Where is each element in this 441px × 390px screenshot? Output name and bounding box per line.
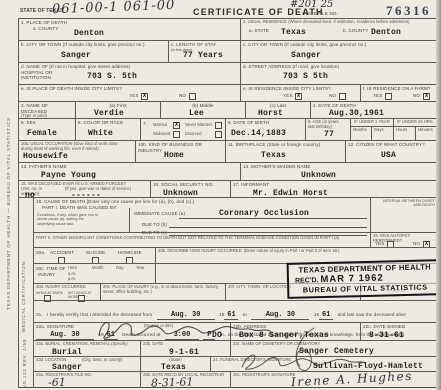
attended-to-year: 61 [319, 311, 333, 320]
physician-signature-scrawl [96, 315, 281, 341]
cell-residence-city: c. CITY OR TOWN (If outside city limits,… [240, 40, 437, 62]
street-address-label: d. STREET ADDRESS (If rural, give locati… [243, 64, 435, 70]
cell-disposition-date: 23b. DATE 9-1-61 [140, 340, 230, 356]
cell-usual-residence: 2. USUAL RESIDENCE (Where deceased lived… [240, 18, 437, 40]
residence-city-value: Sanger [291, 51, 321, 60]
sex-value: Female [27, 129, 57, 138]
business-value: Home [164, 151, 184, 160]
cell-days: Days [371, 126, 393, 140]
stamp-recd-label: REC'D. [295, 277, 319, 285]
location-sublabel: (City, town, or county) [82, 358, 122, 363]
suicide-label: SUICIDE [86, 250, 105, 256]
cell-last-name: (c) Last Horst [245, 101, 310, 118]
occupation-label-2: during most of working life, even if ret… [21, 147, 133, 152]
cell-sex: 5. SEX Female [18, 118, 75, 140]
handwritten-registrar-codes: 061-00-1 061-00 [52, 0, 176, 17]
cell-registrar-signature: 25c. REGISTRAR'S SIGNATURE Irene A. Hugh… [230, 371, 437, 388]
informant-label: 17. INFORMANT [233, 182, 435, 188]
cell-pod-city-limits: e. IS PLACE OF DEATH INSIDE CITY LIMITS?… [18, 84, 240, 101]
cell-street-address: d. STREET ADDRESS (If rural, give locati… [240, 62, 437, 84]
cell-under-24-hrs-header: IF UNDER 24 HRS. [393, 118, 437, 126]
divorced-checkbox [215, 131, 222, 138]
due-to-b-label: DUE TO (b) [142, 222, 167, 228]
injury-occurred-label: 20d. INJURY OCCURRED [36, 285, 98, 290]
place-of-injury-label: 20e. PLACE OF INJURY (e.g., in or about … [103, 285, 223, 295]
conditions-note: Conditions, if any, which gave rise to a… [37, 213, 99, 226]
cell-cause-of-death: 18. CAUSE OF DEATH [Enter only one cause… [33, 197, 370, 232]
disposition-type-label: 23a. BURIAL, CREMATION, REMOVAL (Specify… [36, 342, 138, 347]
married-label: Married [153, 123, 167, 128]
county-label: a. COUNTY [33, 26, 238, 32]
pod-city-label: b. CITY OR TOWN (If outside city limits,… [21, 42, 166, 48]
year-label: Year [136, 266, 144, 271]
date-of-birth-value: Dec.14,1883 [231, 129, 286, 138]
cell-place-of-death: 1. PLACE OF DEATH a. COUNTY Denton [18, 18, 240, 40]
marital-number: 7. [143, 121, 147, 127]
days-label: Days [374, 128, 391, 133]
citizen-label: 12. CITIZEN OF WHAT COUNTRY? [348, 142, 435, 148]
date-signed-value: 8-31-61 [369, 331, 404, 340]
cell-middle-name: (b) Middle Lee [160, 101, 245, 118]
farm-no-checkbox: X [423, 93, 430, 100]
age-label-2: last birthday) [308, 125, 348, 130]
farm-yes-label: YES [373, 93, 383, 99]
cell-accident-suicide-homicide: 20a. ACCIDENT SUICIDE HOMICIDE [33, 247, 155, 263]
scan-right-edge [436, 0, 441, 390]
cell-mother: 14. MOTHER'S MAIDEN NAME Unknown [240, 162, 437, 180]
sex-label: 5. SEX [21, 120, 73, 126]
residence-limits-no-label: NO [329, 93, 336, 99]
time-of-injury-label-2: INJURY [38, 272, 55, 278]
cell-time-of-injury: 20c. TIME OF INJURY Hour a.m. p.m. Month… [33, 263, 155, 283]
farm-no-label: NO [413, 93, 420, 99]
cell-part2: PART II. OTHER SIGNIFICANT CONDITIONS CO… [33, 232, 370, 247]
pm-label: p.m. [68, 277, 76, 282]
married-checkbox: X [173, 122, 180, 129]
cell-residence-city-limits: e. IS RESIDENCE INSIDE CITY LIMITS? YES … [240, 84, 360, 101]
cause-section-label: 18. CAUSE OF DEATH [Enter only one cause… [36, 199, 368, 205]
registrar-date-value: 8-31-61 [151, 375, 194, 389]
cell-marital-status: 7. Married X Never Married Widowed Divor… [140, 118, 225, 140]
cell-under-1-year-header: IF UNDER 1 YEAR [350, 118, 393, 126]
certification-text-2: and last saw the deceased alive [338, 312, 406, 317]
usual-residence-section-label: 2. USUAL RESIDENCE (Where deceased lived… [243, 20, 435, 25]
cell-disposition-type: 23a. BURIAL, CREMATION, REMOVAL (Specify… [33, 340, 140, 356]
ssn-label: 16. SOCIAL SECURITY NO. [153, 182, 228, 188]
residence-limits-no-checkbox [339, 93, 346, 100]
last-name-value: Horst [258, 109, 283, 118]
funeral-director-signature-scrawl [238, 351, 368, 371]
cell-place-of-injury: 20e. PLACE OF INJURY (e.g., in or about … [100, 283, 225, 300]
autopsy-yes-label: YES [375, 241, 385, 247]
cell-registrar-date: 25b. DATE REC'D BY LOCAL REGISTRAR 8-31-… [140, 371, 230, 388]
residence-limits-yes-label: YES [283, 93, 293, 99]
handwritten-file-note: #201 25 [290, 0, 333, 10]
cell-date-of-birth: 8. DATE OF BIRTH Dec.14,1883 [225, 118, 305, 140]
cell-race: 6. COLOR OR RACE White [75, 118, 140, 140]
birthplace-value: Texas [261, 151, 286, 160]
immediate-cause-label: IMMEDIATE CAUSE (a) [134, 211, 185, 217]
physician-signature-label: 22a. SIGNATURE [36, 324, 74, 330]
cell-date-signed: 22c. DATE SIGNED 8-31-61 [360, 322, 437, 340]
time-of-injury-label-1: 20c. TIME OF [36, 266, 66, 272]
pod-limits-yes-checkbox: X [141, 93, 148, 100]
pod-limits-no-checkbox [189, 93, 196, 100]
first-name-value: Verdie [94, 109, 124, 118]
interval-label: INTERVAL BETWEEN ONSET AND DEATH [375, 199, 435, 208]
date-of-death-value: Aug.30,1961 [329, 109, 384, 118]
never-married-checkbox [215, 122, 222, 129]
age-value: 77 [324, 130, 334, 139]
margin-vertical-title: TEXAS DEPARTMENT OF HEALTH — BUREAU OF V… [6, 60, 11, 310]
certification-number: 21. [36, 312, 43, 317]
pod-city-limits-label: e. IS PLACE OF DEATH INSIDE CITY LIMITS? [21, 86, 238, 92]
cause-inner-divider [129, 208, 130, 233]
months-label: Months [353, 128, 369, 133]
widowed-checkbox [173, 131, 180, 138]
cell-disposition-location: 23d. LOCATION (City, town, or county) Sa… [33, 356, 140, 371]
birthplace-label: 11. BIRTHPLACE (State or foreign country… [228, 142, 343, 148]
hours-label: Hours [396, 128, 413, 133]
cell-ssn: 16. SOCIAL SECURITY NO. Unknown [150, 180, 230, 197]
registrar-file-value: -61 [48, 376, 66, 389]
pod-limits-yes-label: YES [129, 93, 139, 99]
cell-age: 9. AGE (in years last birthday) 77 [305, 118, 350, 140]
cell-length-of-stay: c. LENGTH OF STAY (in this place) 77 Yea… [168, 40, 240, 62]
date-of-birth-label: 8. DATE OF BIRTH [228, 120, 303, 126]
cell-hospital-name: d. NAME OF (If not in hospital, give str… [18, 62, 240, 84]
widowed-label: Widowed [153, 132, 170, 137]
cell-hours: Hours [393, 126, 415, 140]
state-file-number: 76316 [386, 3, 431, 19]
residence-city-label: c. CITY OR TOWN (If outside city limits,… [243, 42, 435, 48]
cell-informant: 17. INFORMANT Mr. Edwin Horst [230, 180, 437, 197]
pod-city-value: Sanger [61, 51, 91, 60]
autopsy-no-label: NO [413, 241, 420, 247]
street-address-value: 703 S 5th [283, 72, 328, 81]
due-to-b-line [169, 221, 367, 228]
length-of-stay-value: 77 Years [183, 51, 223, 60]
death-certificate-scan: TEXAS DEPARTMENT OF HEALTH — BUREAU OF V… [0, 0, 441, 390]
citizen-value: USA [381, 151, 396, 160]
under-1-year-label: IF UNDER 1 YEAR [353, 120, 391, 125]
cell-residence-farm: f. IS RESIDENCE ON A FARM? YES NO X [360, 84, 437, 101]
cell-months: Months [350, 126, 371, 140]
under-24-hrs-label: IF UNDER 24 HRS. [396, 120, 435, 125]
last-name-label: (c) Last [248, 103, 308, 109]
cell-autopsy: 19. WAS AUTOPSY PERFORMED? YES NO X [370, 232, 437, 247]
hospital-value: 703 S. 5th [87, 72, 137, 81]
residence-county-label: b. COUNTY [343, 28, 368, 34]
injury-20a-number: 20a. [36, 250, 45, 256]
cell-occupation: 10a. USUAL OCCUPATION (Give kind of work… [18, 140, 135, 162]
middle-name-value: Lee [189, 109, 204, 118]
date-of-death-label: 4. DATE OF DEATH [313, 103, 435, 109]
farm-yes-checkbox [385, 93, 392, 100]
part2-label: PART II. OTHER SIGNIFICANT CONDITIONS CO… [36, 236, 368, 241]
state-file-no-label: STATE FILE NO. [302, 11, 338, 17]
cell-name-of-deceased-label: 3. NAME OF DECEASED (Type or print) [18, 101, 75, 118]
never-married-label: Never Married [185, 123, 212, 128]
occupation-value: Housewife [23, 152, 68, 161]
cell-injury-occurred: 20d. INJURY OCCURRED WHILE AT WORK NOT W… [33, 283, 100, 300]
cell-first-name: (a) First Verdie [75, 101, 160, 118]
middle-name-label: (b) Middle [163, 103, 243, 109]
medical-certification-strip [18, 197, 33, 388]
residence-limits-label: e. IS RESIDENCE INSIDE CITY LIMITS? [243, 86, 358, 92]
cell-father: 13. FATHER'S NAME Payne Young [18, 162, 240, 180]
mother-value: Unknown [301, 171, 336, 180]
describe-injury-label: 20b. DESCRIBE HOW INJURY OCCURRED. (Ente… [158, 249, 435, 254]
immediate-cause-value: Coronary Occlusion [219, 209, 309, 218]
mother-label: 14. MOTHER'S MAIDEN NAME [243, 164, 435, 170]
minutes-label: Minutes [418, 128, 435, 133]
residence-state-label: a. STATE [249, 28, 269, 34]
date-signed-label: 22c. DATE SIGNED [363, 324, 435, 330]
disposition-date-label: 23b. DATE [143, 342, 228, 347]
month-label: Month [92, 266, 104, 271]
divorced-label: Divorced [185, 132, 202, 137]
race-value: White [88, 129, 113, 138]
cell-citizen: 12. CITIZEN OF WHAT COUNTRY? USA [345, 140, 437, 162]
part1-label: PART I. DEATH WAS CAUSED BY: [42, 205, 117, 211]
residence-county-value: Denton [371, 28, 401, 37]
cell-armed-forces: 15. WAS DECEASED EVER IN U.S. ARMED FORC… [18, 180, 150, 197]
accident-label: ACCIDENT [50, 250, 74, 256]
race-label: 6. COLOR OR RACE [78, 120, 138, 126]
day-label: Day [116, 266, 123, 271]
cell-minutes: Minutes [415, 126, 437, 140]
cell-pod-city: b. CITY OR TOWN (If outside city limits,… [18, 40, 168, 62]
received-stamp: TEXAS DEPARTMENT OF HEALTH REC'D. MAR 7 … [287, 259, 441, 299]
farm-label: f. IS RESIDENCE ON A FARM? [363, 86, 435, 92]
homicide-label: HOMICIDE [118, 250, 142, 256]
cell-date-of-death: 4. DATE OF DEATH Aug.30,1961 [310, 101, 437, 118]
residence-limits-yes-checkbox: X [295, 93, 302, 100]
pod-limits-no-label: NO [179, 93, 186, 99]
cell-disposition-state: (State) Texas [140, 356, 210, 371]
father-label: 13. FATHER'S NAME [21, 164, 238, 170]
county-value: Denton [74, 29, 104, 38]
cell-registrar-file-no: 25a. REGISTRAR'S FILE NO. -61 [33, 371, 140, 388]
father-value: Payne Young [41, 171, 96, 180]
first-name-label: (a) First [78, 103, 158, 109]
cell-birthplace: 11. BIRTHPLACE (State or foreign country… [225, 140, 345, 162]
cell-business: 10b. KIND OF BUSINESS OR INDUSTRY Home [135, 140, 225, 162]
residence-state-value: Texas [281, 28, 306, 37]
cell-interval: INTERVAL BETWEEN ONSET AND DEATH [370, 197, 437, 232]
